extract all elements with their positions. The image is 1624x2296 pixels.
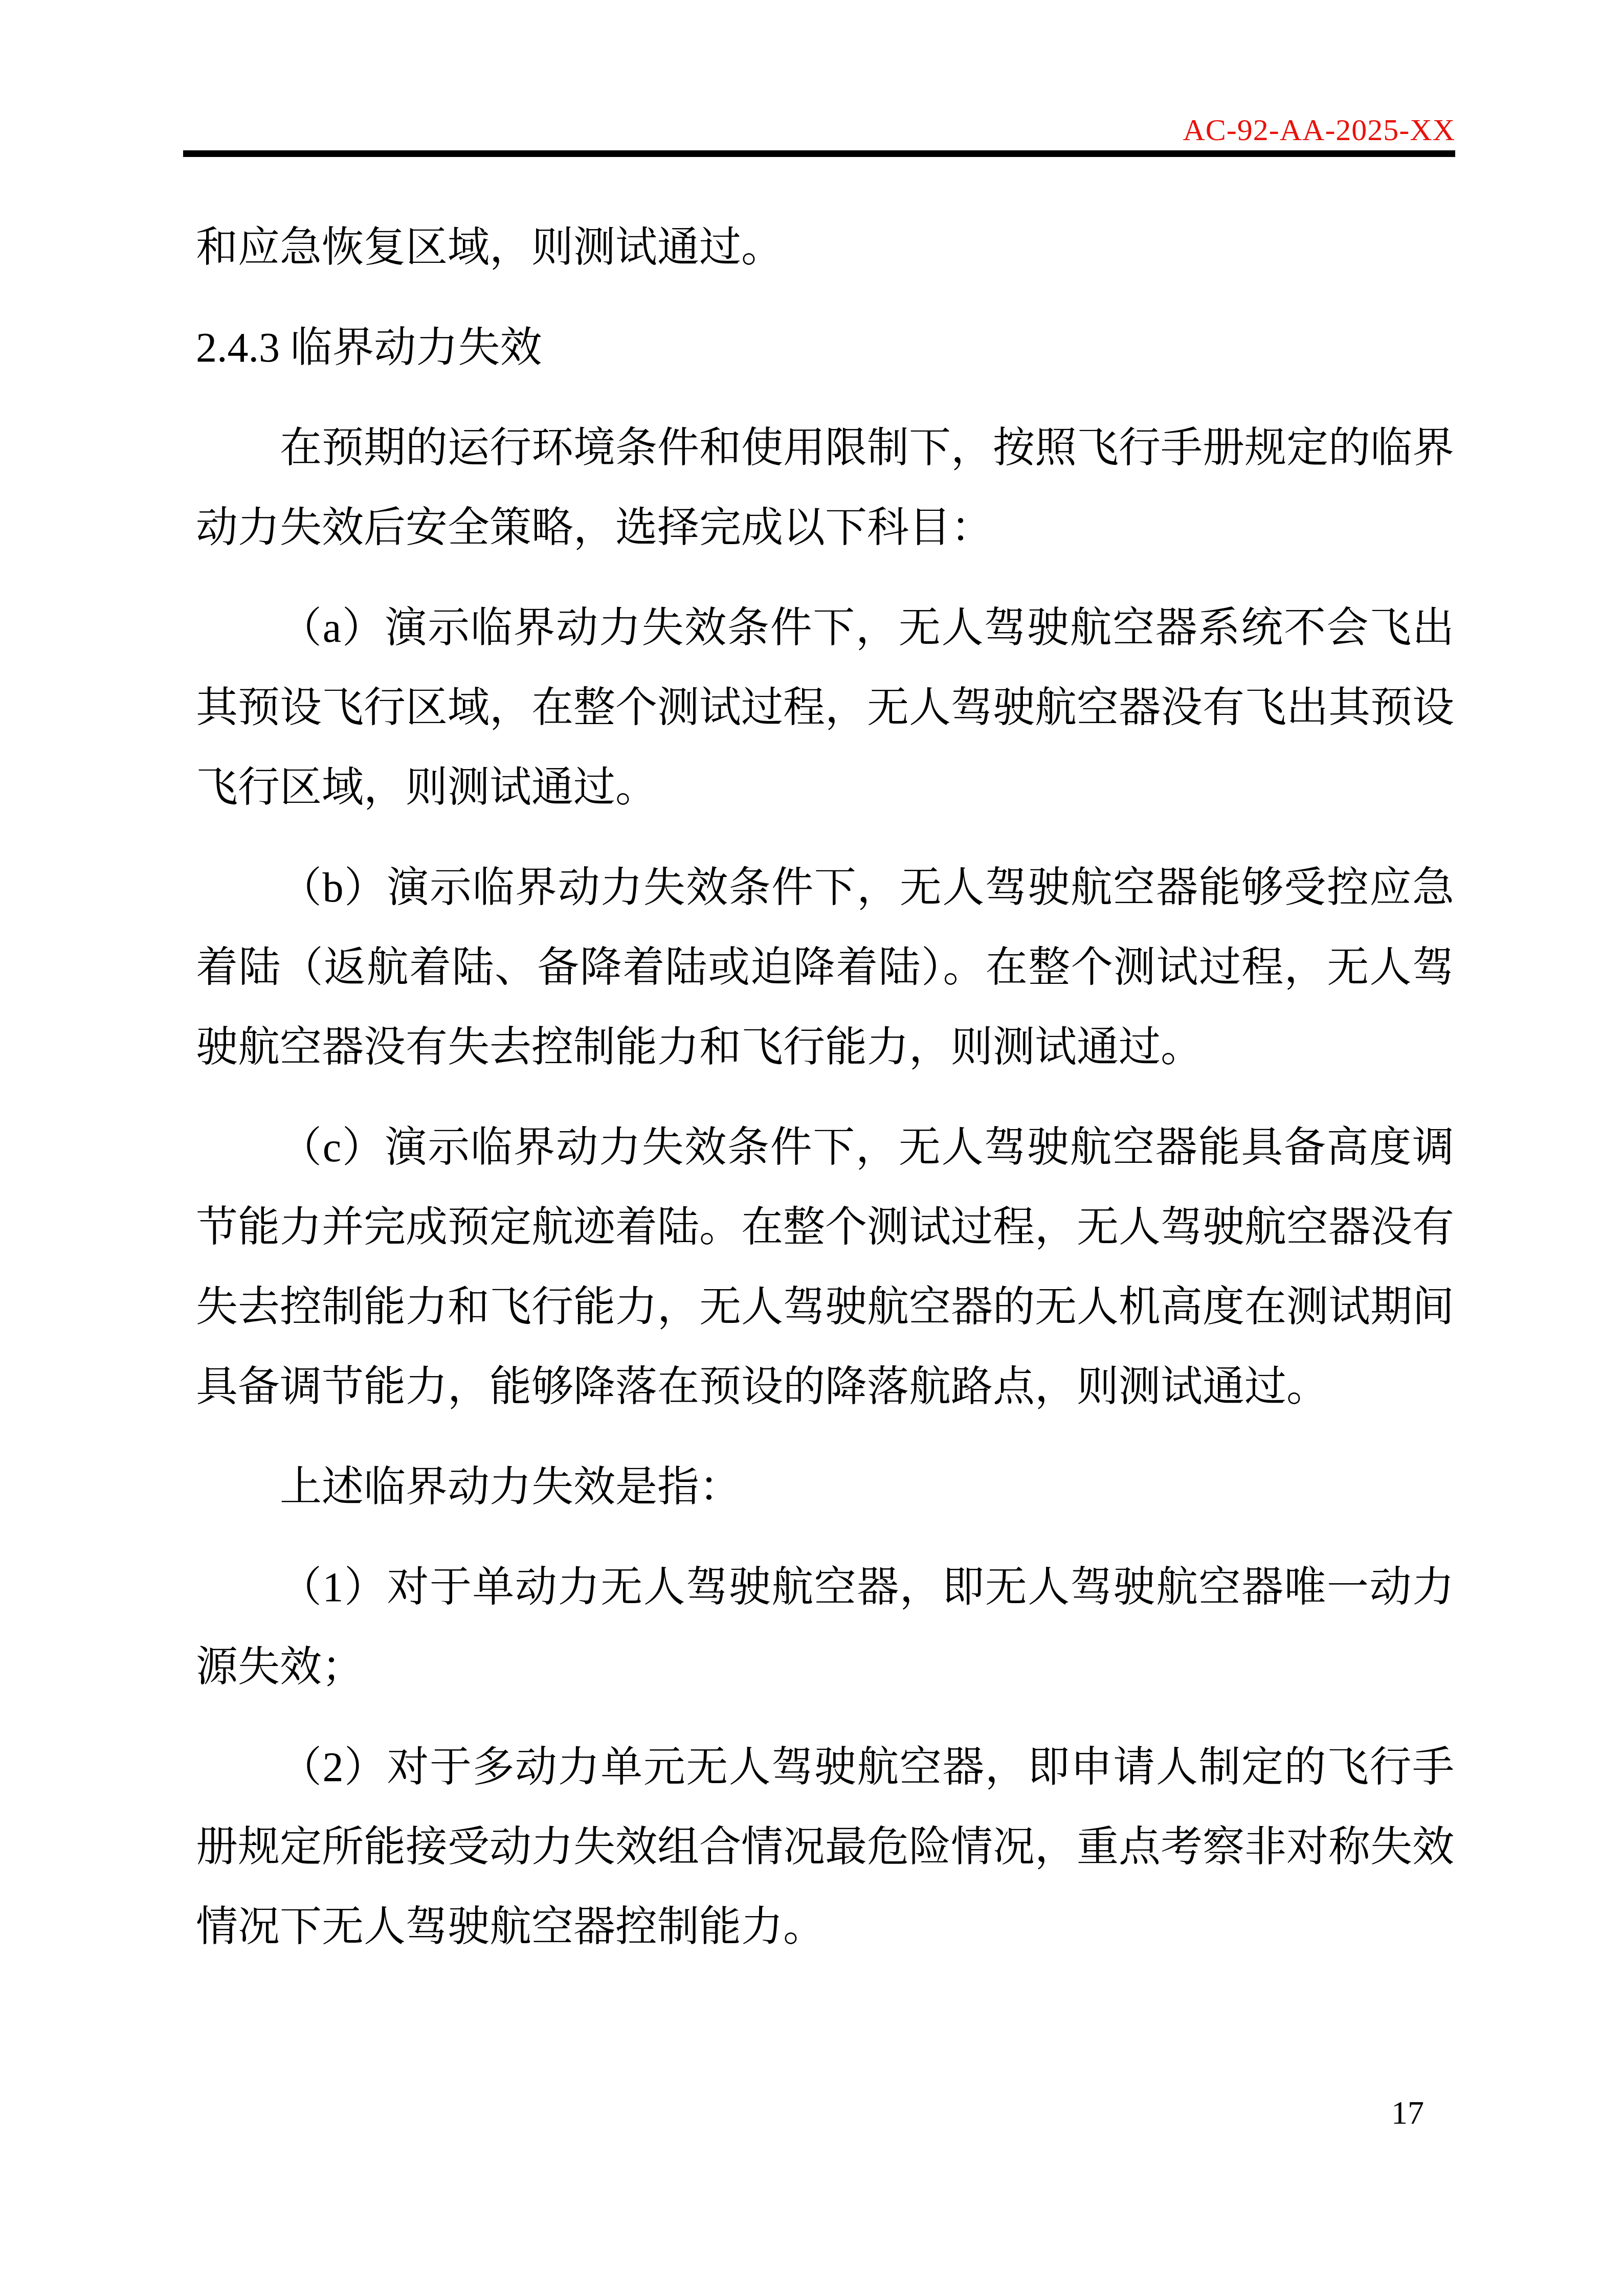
paragraph-item-c: （c）演示临界动力失效条件下，无人驾驶航空器能具备高度调节能力并完成预定航迹着陆… bbox=[196, 1108, 1454, 1427]
paragraph-item-2: （2）对于多动力单元无人驾驶航空器，即申请人制定的飞行手册规定所能接受动力失效组… bbox=[196, 1727, 1454, 1967]
paragraph-item-a: （a）演示临界动力失效条件下，无人驾驶航空器系统不会飞出其预设飞行区域，在整个测… bbox=[196, 588, 1454, 827]
paragraph: 上述临界动力失效是指： bbox=[196, 1447, 1454, 1527]
paragraph: 在预期的运行环境条件和使用限制下，按照飞行手册规定的临界动力失效后安全策略，选择… bbox=[196, 408, 1454, 568]
header-rule bbox=[183, 150, 1455, 157]
document-page: AC-92-AA-2025-XX 和应急恢复区域，则测试通过。 2.4.3 临界… bbox=[0, 0, 1624, 2296]
document-body: 和应急恢复区域，则测试通过。 2.4.3 临界动力失效 在预期的运行环境条件和使… bbox=[196, 208, 1454, 1967]
paragraph-continuation: 和应急恢复区域，则测试通过。 bbox=[196, 208, 1454, 287]
section-heading: 2.4.3 临界动力失效 bbox=[196, 308, 1454, 388]
paragraph-item-b: （b）演示临界动力失效条件下，无人驾驶航空器能够受控应急着陆（返航着陆、备降着陆… bbox=[196, 848, 1454, 1087]
document-number: AC-92-AA-2025-XX bbox=[1183, 115, 1455, 145]
paragraph-item-1: （1）对于单动力无人驾驶航空器，即无人驾驶航空器唯一动力源失效； bbox=[196, 1547, 1454, 1707]
page-number: 17 bbox=[1391, 2097, 1424, 2129]
